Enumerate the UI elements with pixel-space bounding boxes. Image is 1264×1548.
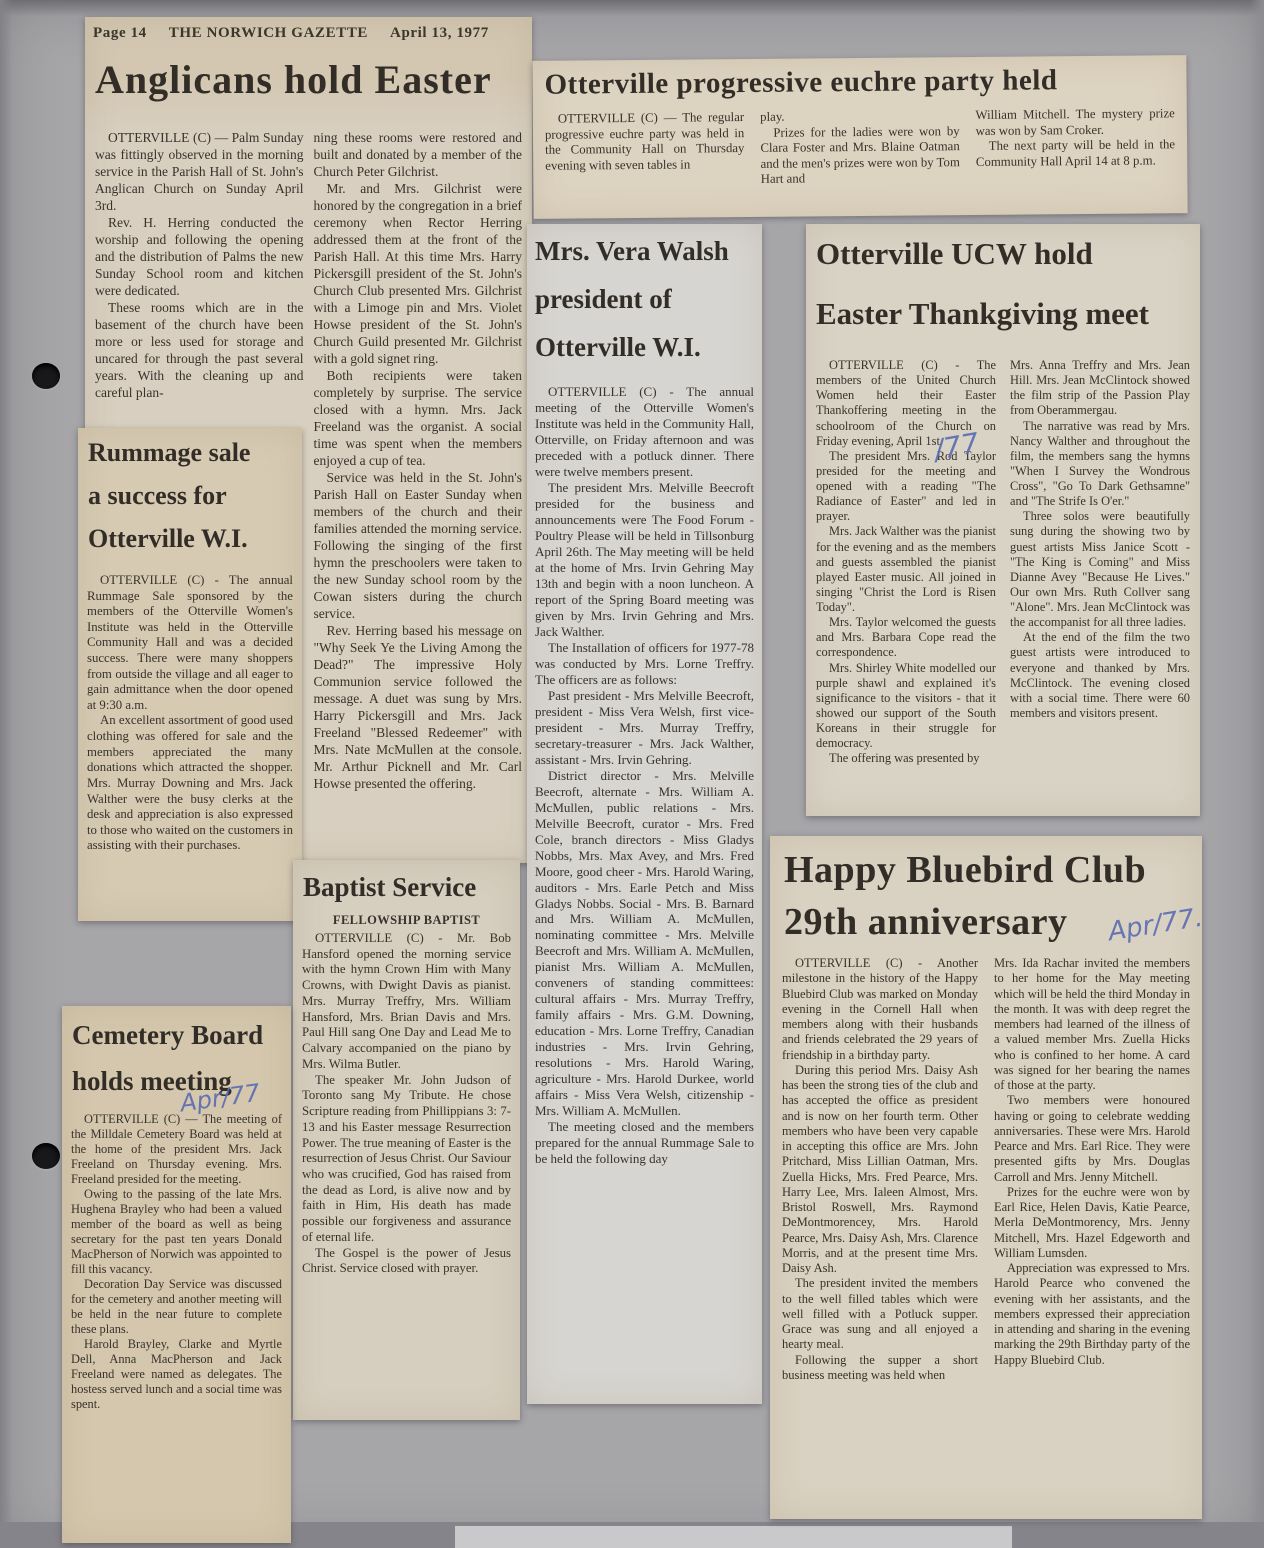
headline-euchre: Otterville progressive euchre party held — [532, 55, 1186, 112]
masthead: Page 14 THE NORWICH GAZETTE April 13, 19… — [85, 17, 532, 42]
paragraph: Mr. and Mrs. Gilchrist were honored by t… — [314, 180, 523, 367]
headline-line: president of — [535, 284, 756, 315]
paragraph: Appreciation was expressed to Mrs. Harol… — [994, 1261, 1190, 1368]
paragraph: The president invited the members to the… — [782, 1276, 978, 1352]
scrapbook-page: Page 14 THE NORWICH GAZETTE April 13, 19… — [0, 0, 1264, 1548]
paragraph: The president Mrs. Melville Beecroft pre… — [535, 480, 754, 640]
paragraph: Mrs. Anna Treffry and Mrs. Jean Hill. Mr… — [1010, 358, 1190, 419]
headline-line: Otterville UCW hold — [816, 236, 1192, 272]
headline-ucw: Otterville UCW holdEaster Thankgiving me… — [806, 224, 1200, 358]
paragraph: Mrs. Taylor welcomed the guests and Mrs.… — [816, 615, 996, 660]
headline-line: Easter Thankgiving meet — [816, 296, 1192, 332]
masthead-date: April 13, 1977 — [390, 25, 489, 42]
headline-line: Otterville W.I. — [535, 332, 756, 363]
page-edge-top — [0, 0, 1264, 16]
paragraph: OTTERVILLE (C) — Palm Sunday was fitting… — [95, 129, 304, 214]
paragraph: These rooms which are in the basement of… — [95, 299, 304, 401]
clipping-euchre-party: Otterville progressive euchre party held… — [532, 55, 1187, 219]
article-column: OTTERVILLE (C) - The members of the Unit… — [816, 358, 996, 766]
headline-line: a success for — [88, 481, 296, 511]
paragraph: At the end of the film the two guest art… — [1010, 630, 1190, 721]
paragraph: Past president - Mrs Melville Beecroft, … — [535, 688, 754, 768]
paragraph: The offering was presented by — [816, 751, 996, 766]
paragraph: OTTERVILLE (C) - The annual meeting of t… — [535, 384, 754, 480]
article-column: OTTERVILLE (C) — The meeting of the Mill… — [62, 1112, 291, 1412]
paragraph: Rev. Herring based his message on "Why S… — [314, 622, 523, 792]
article-column: OTTERVILLE (C) - Another milestone in th… — [782, 956, 978, 1383]
paragraph: OTTERVILLE (C) — The meeting of the Mill… — [71, 1112, 282, 1187]
article-column: ning these rooms were restored and built… — [314, 129, 523, 792]
paragraph: Prizes for the euchre were won by Earl R… — [994, 1185, 1190, 1261]
headline-baptist: Baptist Service — [293, 860, 520, 911]
clipping-ucw-thankgiving: Otterville UCW holdEaster Thankgiving me… — [806, 224, 1200, 816]
paragraph: District director - Mrs. Melville Beecro… — [535, 768, 754, 1120]
headline-line: Happy Bluebird Club — [784, 848, 1194, 892]
clipping-happy-bluebird-club: Happy Bluebird Club29th anniversary Apr/… — [770, 836, 1202, 1519]
subhead-fellowship-baptist: FELLOWSHIP BAPTIST — [293, 913, 520, 928]
paragraph: Mrs. Shirley White modelled our purple s… — [816, 661, 996, 752]
paragraph: William Mitchell. The mystery prize was … — [975, 106, 1175, 139]
article-column: OTTERVILLE (C) — The regular progressive… — [545, 110, 745, 190]
article-column: OTTERVILLE (C) - The annual meeting of t… — [527, 384, 762, 1167]
headline-line: Otterville W.I. — [88, 524, 296, 554]
article-column: William Mitchell. The mystery prize was … — [975, 106, 1175, 186]
article-column: Mrs. Anna Treffry and Mrs. Jean Hill. Mr… — [1010, 358, 1190, 766]
paragraph: Service was held in the St. John's Paris… — [314, 469, 523, 622]
headline-line: Rummage sale — [88, 438, 296, 468]
paragraph: Following the supper a short business me… — [782, 1353, 978, 1384]
paragraph: An excellent assortment of good used clo… — [87, 713, 293, 853]
paragraph: Owing to the passing of the late Mrs. Hu… — [71, 1187, 282, 1277]
paragraph: play. — [760, 108, 959, 125]
clipping-vera-walsh-president: Mrs. Vera Walshpresident ofOtterville W.… — [527, 224, 762, 1404]
headline-line: Mrs. Vera Walsh — [535, 236, 756, 267]
page-edge-right — [1250, 0, 1264, 1548]
paragraph: OTTERVILLE (C) - Mr. Bob Hansford opened… — [302, 931, 511, 1073]
article-column: OTTERVILLE (C) - Mr. Bob Hansford opened… — [293, 931, 520, 1277]
paragraph: Decoration Day Service was discussed for… — [71, 1277, 282, 1337]
punch-hole-icon — [32, 1143, 60, 1169]
paragraph: OTTERVILLE (C) - Another milestone in th… — [782, 956, 978, 1063]
paragraph: Mrs. Ida Rachar invited the members to h… — [994, 956, 1190, 1093]
paragraph: The Gospel is the power of Jesus Christ.… — [302, 1246, 511, 1277]
paragraph: The next party will be held in the Commu… — [976, 137, 1176, 170]
paragraph: Harold Brayley, Clarke and Myrtle Dell, … — [71, 1337, 282, 1412]
next-page-sliver — [455, 1526, 1012, 1548]
masthead-title: THE NORWICH GAZETTE — [169, 25, 368, 42]
paragraph: Three solos were beautifully sung during… — [1010, 509, 1190, 630]
page-edge-left — [0, 0, 12, 1548]
paragraph: The narrative was read by Mrs. Nancy Wal… — [1010, 419, 1190, 510]
headline-line: Cemetery Board — [72, 1020, 285, 1051]
paragraph: ning these rooms were restored and built… — [314, 129, 523, 180]
paragraph: Mrs. Jack Walther was the pianist for th… — [816, 524, 996, 615]
paragraph: During this period Mrs. Daisy Ash has be… — [782, 1063, 978, 1277]
masthead-page-number: Page 14 — [93, 25, 147, 42]
headline-rummage: Rummage salea success forOtterville W.I. — [78, 428, 302, 573]
paragraph: Two members were honoured having or goin… — [994, 1093, 1190, 1185]
paragraph: Prizes for the ladies were won by Clara … — [760, 124, 960, 188]
article-column: play.Prizes for the ladies were won by C… — [760, 108, 960, 188]
clipping-baptist-service: Baptist Service FELLOWSHIP BAPTIST OTTER… — [293, 860, 520, 1420]
paragraph: OTTERVILLE (C) — The regular progressive… — [545, 110, 745, 174]
clipping-cemetery-board: Cemetery Boardholds meeting Apr/77 OTTER… — [62, 1006, 291, 1543]
paragraph: The speaker Mr. John Judson of Toronto s… — [302, 1073, 511, 1246]
headline-vera-walsh: Mrs. Vera Walshpresident ofOtterville W.… — [527, 224, 762, 384]
article-column: OTTERVILLE (C) - The annual Rummage Sale… — [78, 573, 302, 854]
clipping-rummage-sale: Rummage salea success forOtterville W.I.… — [78, 428, 302, 921]
punch-hole-icon — [32, 363, 60, 389]
paragraph: Rev. H. Herring conducted the worship an… — [95, 214, 304, 299]
paragraph: The meeting closed and the members prepa… — [535, 1119, 754, 1167]
paragraph: The Installation of officers for 1977-78… — [535, 640, 754, 688]
article-column: Mrs. Ida Rachar invited the members to h… — [994, 956, 1190, 1383]
paragraph: Both recipients were taken completely by… — [314, 367, 523, 469]
headline-anglicans: Anglicans hold Easter — [95, 56, 532, 103]
paragraph: OTTERVILLE (C) - The annual Rummage Sale… — [87, 573, 293, 713]
